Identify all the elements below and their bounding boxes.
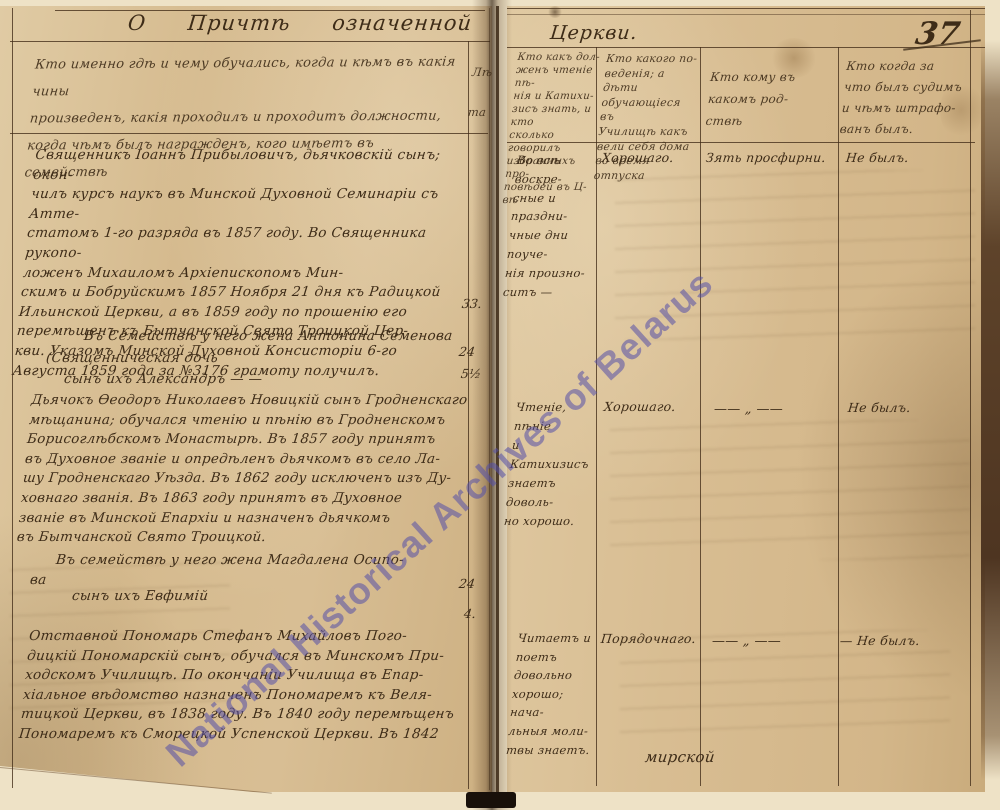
- table-rule: [10, 41, 490, 42]
- entry-priest-family: сынъ ихъ Александръ — —: [63, 371, 263, 387]
- row2-court-cell: Не былъ.: [847, 400, 911, 415]
- row1-kinship-cell: Зять просфирни.: [705, 150, 826, 165]
- archival-document-scan: О Причтѣ означенной Церкви. 37 Кто именн…: [0, 0, 1000, 810]
- row2-conduct-cell: Хорошаго.: [603, 399, 676, 414]
- age-value: 4.: [463, 606, 477, 621]
- binding-shadow: [466, 792, 516, 808]
- entry-sexton-family: сынъ ихъ Евфимій: [71, 588, 209, 604]
- row3-skill-cell: Читаетъ и поетъ довольно хорошо; нача- л…: [505, 629, 605, 759]
- row3-conduct-cell: Порядочнаго.: [600, 631, 697, 646]
- table-rule: [507, 8, 985, 9]
- entry-sexton-family: Въ семействѣ у него жена Магдалена Осипо…: [55, 552, 405, 568]
- table-rule: [700, 47, 701, 786]
- entry-priest-family: Въ Семействѣ у него жена Антонина Семено…: [83, 328, 453, 344]
- entry-sexton-family: ва: [29, 572, 47, 588]
- binding-fold-line: [496, 6, 499, 794]
- column-header-judgment: Кто когда за что былъ судимъ и чѣмъ штра…: [839, 56, 976, 140]
- register-title-left: О Причтѣ означенной: [127, 11, 474, 35]
- age-value: 24: [458, 344, 476, 359]
- bottom-margin-note: мирской: [644, 748, 716, 766]
- table-rule: [12, 8, 13, 788]
- row1-court-cell: Не былъ.: [845, 150, 909, 165]
- row1-skill-cell: Во всѣ воскре- сные и праздни- чные дни …: [502, 151, 604, 301]
- table-rule: [507, 14, 985, 15]
- age-value: 5½: [460, 366, 482, 381]
- row3-court-cell: — Не былъ.: [839, 633, 920, 648]
- row1-conduct-cell: Хорошаго.: [601, 150, 674, 165]
- table-rule: [838, 47, 839, 786]
- register-title-right: Церкви.: [549, 22, 639, 44]
- entry-priest-record: Священникъ Іоаннъ Прибыловичъ, дьячковск…: [12, 146, 479, 381]
- column-header-kinship: Кто кому въ какомъ род- ствѣ: [705, 66, 830, 132]
- age-value: 33.: [461, 296, 483, 311]
- entry-priest-family: (Священническая дочь: [45, 350, 219, 366]
- book-fore-edge: [981, 40, 1000, 780]
- age-value: 24: [458, 576, 476, 591]
- bleed-through-text: [610, 420, 970, 560]
- table-rule: [970, 10, 971, 786]
- row2-kinship-cell: —— „ ——: [713, 402, 784, 417]
- row3-kinship-cell: —— „ ——: [711, 634, 782, 649]
